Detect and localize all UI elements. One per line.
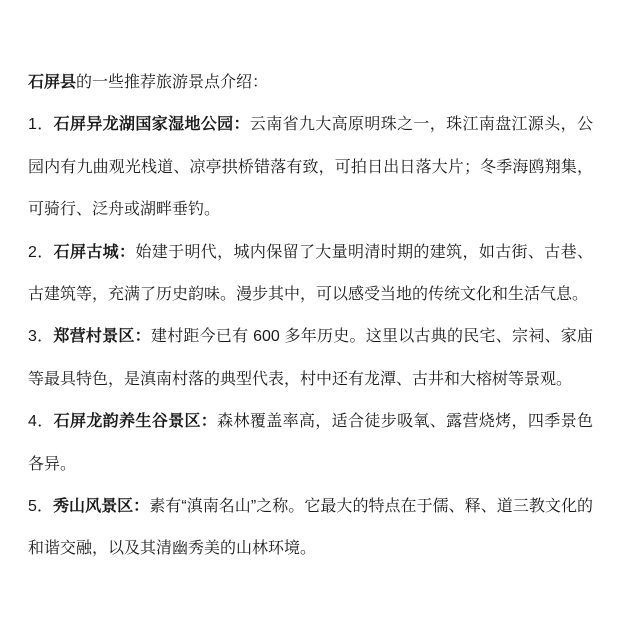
- attraction-item-1: 1．石屏异龙湖国家湿地公园：云南省九大高原明珠之一，珠江南盘江源头，公园内有九曲…: [28, 104, 593, 231]
- item-3-name: 郑营村景区：: [53, 328, 151, 345]
- item-5-name: 秀山风景区：: [53, 498, 149, 515]
- item-4-number: 4．: [28, 413, 54, 430]
- title-county-name: 石屏县: [28, 74, 76, 91]
- title-rest-text: 的一些推荐旅游景点介绍：: [76, 74, 268, 91]
- attraction-item-4: 4．石屏龙韵养生谷景区：森林覆盖率高，适合徒步吸氧、露营烧烤，四季景色各异。: [28, 401, 593, 486]
- item-1-name: 石屏异龙湖国家湿地公园：: [54, 116, 250, 133]
- document-title: 石屏县的一些推荐旅游景点介绍：: [28, 62, 593, 104]
- attraction-item-3: 3．郑营村景区：建村距今已有 600 多年历史。这里以古典的民宅、宗祠、家庙等最…: [28, 316, 593, 401]
- item-4-name: 石屏龙韵养生谷景区：: [54, 413, 218, 430]
- item-5-number: 5．: [28, 498, 53, 515]
- attraction-item-5: 5．秀山风景区：素有“滇南名山”之称。它最大的特点在于儒、释、道三教文化的和谐交…: [28, 486, 593, 571]
- document-page: 石屏县的一些推荐旅游景点介绍： 1．石屏异龙湖国家湿地公园：云南省九大高原明珠之…: [0, 0, 620, 639]
- item-3-number: 3．: [28, 328, 53, 345]
- item-2-name: 石屏古城：: [54, 244, 136, 261]
- attraction-item-2: 2．石屏古城：始建于明代，城内保留了大量明清时期的建筑，如古街、古巷、古建筑等，…: [28, 232, 593, 317]
- item-1-number: 1．: [28, 116, 54, 133]
- item-2-number: 2．: [28, 244, 54, 261]
